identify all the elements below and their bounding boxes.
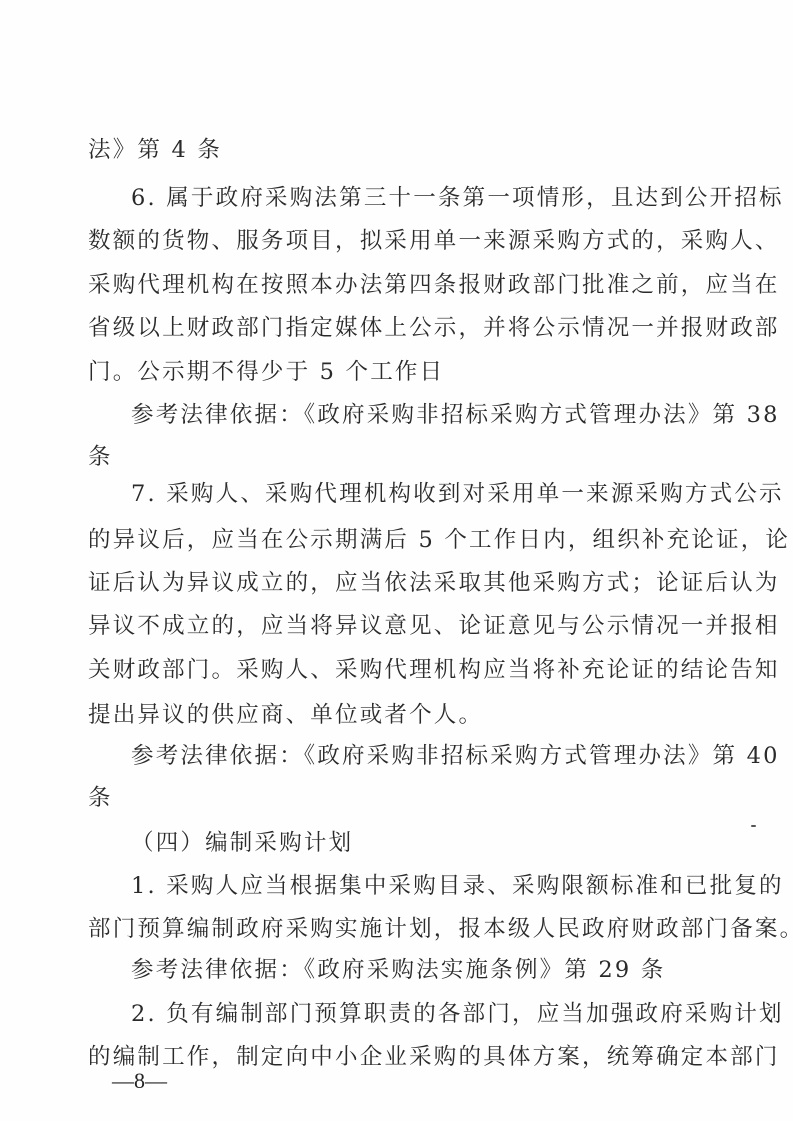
item-7-line-2: 的异议后，应当在公示期满后 5 个工作日内，组织补充论证，论 — [88, 524, 713, 556]
reference-40-line-2: 条 — [88, 782, 713, 814]
page-number: —8— — [112, 1066, 167, 1096]
reference-38-line-1: 参考法律依据：《政府采购非招标采购方式管理办法》第 38 — [131, 399, 713, 431]
reference-29: 参考法律依据：《政府采购法实施条例》第 29 条 — [131, 954, 713, 986]
item-6-line-3: 采购代理机构在按照本办法第四条报财政部门批准之前，应当在 — [88, 269, 713, 301]
item-7-line-3: 证后认为异议成立的，应当依法采取其他采购方式；论证后认为 — [88, 567, 713, 599]
item-6-line-2: 数额的货物、服务项目，拟采用单一来源采购方式的，采购人、 — [88, 225, 713, 257]
reference-40-line-1: 参考法律依据：《政府采购非招标采购方式管理办法》第 40 — [131, 740, 713, 772]
item-6-line-5: 门。公示期不得少于 5 个工作日 — [88, 356, 713, 388]
section-heading-procurement-plan: （四）编制采购计划 — [131, 827, 756, 859]
item-2-line-1: 2. 负有编制部门预算职责的各部门，应当加强政府采购计划 — [131, 998, 713, 1030]
scan-speck — [751, 825, 756, 827]
item-1-line-2: 部门预算编制政府采购实施计划，报本级人民政府财政部门备案。 — [88, 913, 713, 945]
item-6-line-4: 省级以上财政部门指定媒体上公示，并将公示情况一并报财政部 — [88, 312, 713, 344]
text-line-article-4-end: 法》第 4 条 — [88, 134, 713, 166]
item-6-line-1: 6. 属于政府采购法第三十一条第一项情形，且达到公开招标 — [131, 182, 713, 214]
item-1-line-1: 1. 采购人应当根据集中采购目录、采购限额标准和已批复的 — [131, 870, 713, 902]
item-7-line-6: 提出异议的供应商、单位或者个人。 — [88, 699, 713, 731]
item-7-line-5: 关财政部门。采购人、采购代理机构应当将补充论证的结论告知 — [88, 654, 713, 686]
item-7-line-1: 7. 采购人、采购代理机构收到对采用单一来源采购方式公示 — [131, 478, 713, 510]
item-7-line-4: 异议不成立的，应当将异议意见、论证意见与公示情况一并报相 — [88, 610, 713, 642]
document-page: 法》第 4 条 6. 属于政府采购法第三十一条第一项情形，且达到公开招标 数额的… — [0, 0, 793, 1121]
reference-38-line-2: 条 — [88, 441, 713, 473]
item-2-line-2: 的编制工作，制定向中小企业采购的具体方案，统筹确定本部门 — [88, 1041, 713, 1073]
